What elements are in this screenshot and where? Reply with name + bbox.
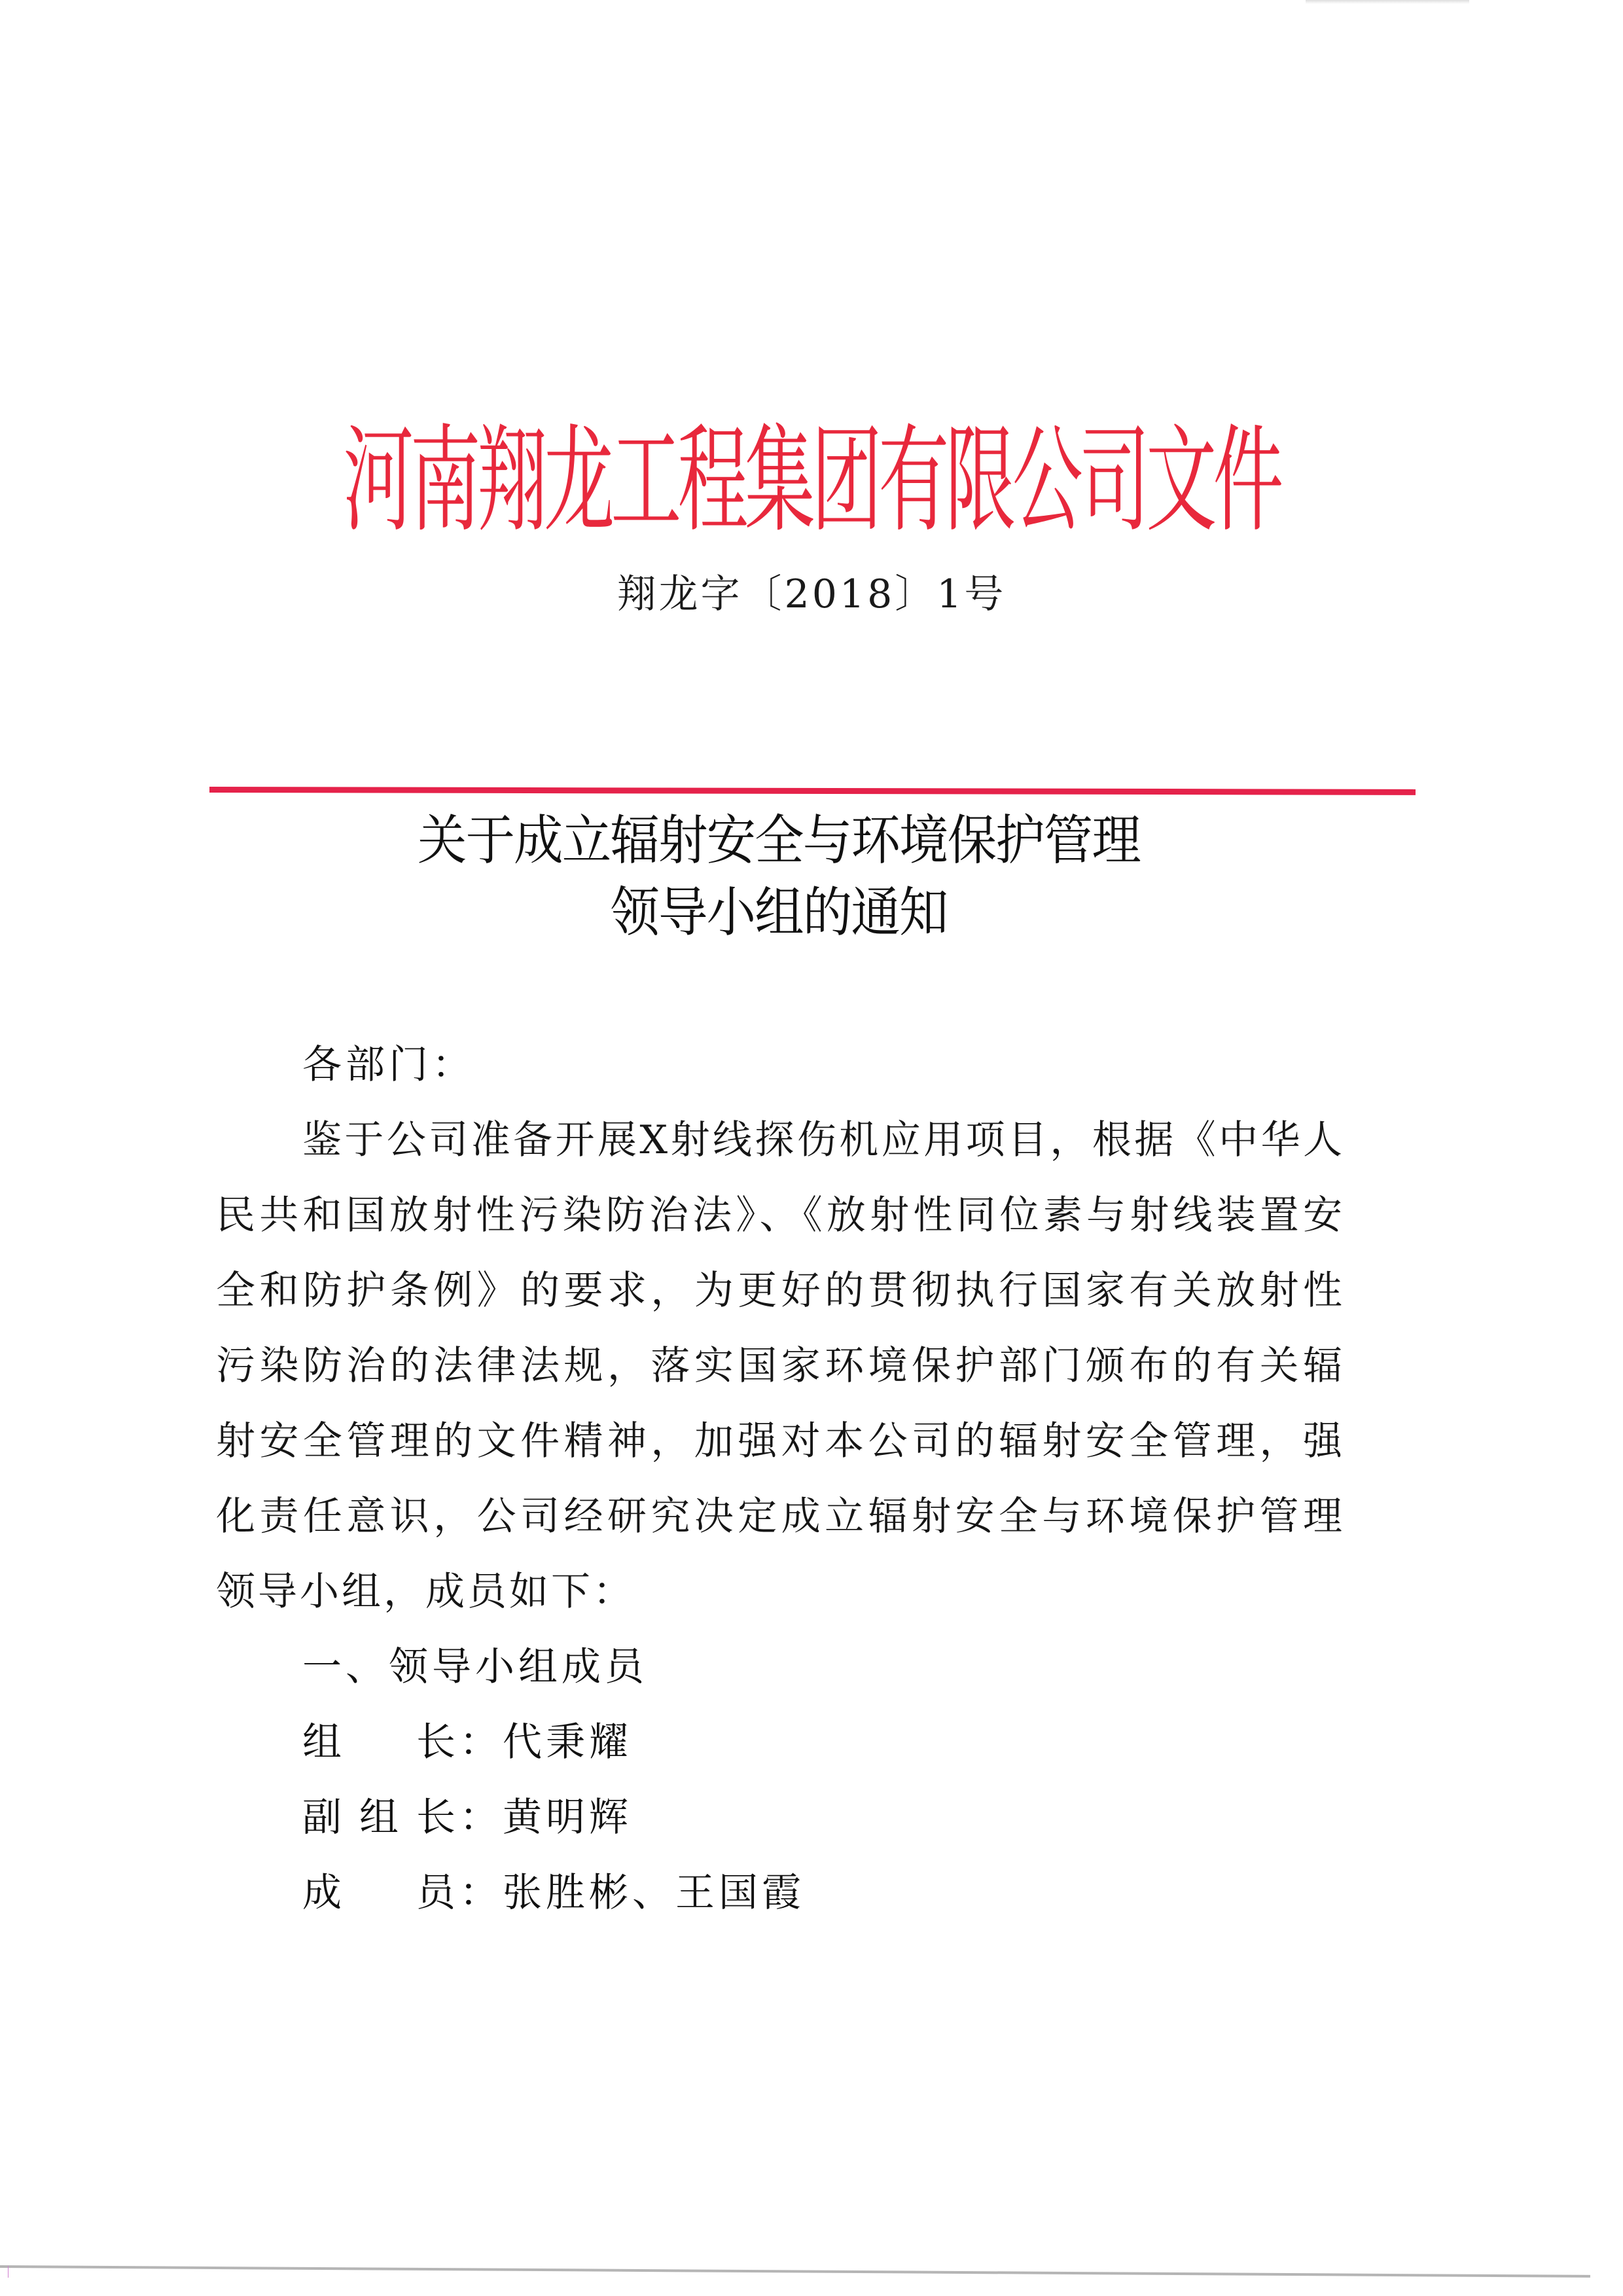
member-names: 黄明辉 bbox=[503, 1795, 632, 1840]
scan-edge-mark bbox=[8, 2266, 9, 2278]
notice-title-line-2: 领导小组的通知 bbox=[62, 880, 1495, 946]
scan-edge-line bbox=[0, 2265, 1590, 2278]
member-separator: ： bbox=[459, 1719, 503, 1765]
body-paragraph: 鉴于公司准备开展X射线探伤机应用项目，根据《中华人民共和国放射性污染防治法》、《… bbox=[216, 1103, 1345, 1630]
member-role: 组长 bbox=[302, 1705, 459, 1780]
member-row-deputy: 副组长：黄明辉 bbox=[302, 1780, 632, 1856]
member-row-members: 成员：张胜彬、王国霞 bbox=[302, 1856, 805, 1931]
document-number: 翔龙字〔2018〕1号 bbox=[0, 568, 1623, 620]
member-names: 代秉耀 bbox=[503, 1719, 632, 1765]
salutation: 各部门： bbox=[302, 1028, 475, 1103]
notice-title-line-1: 关于成立辐射安全与环境保护管理 bbox=[62, 808, 1495, 874]
member-names: 张胜彬、王国霞 bbox=[503, 1870, 805, 1916]
member-role: 副组长 bbox=[302, 1780, 459, 1856]
section-heading: 一、领导小组成员 bbox=[302, 1630, 648, 1705]
member-separator: ： bbox=[459, 1870, 503, 1916]
scan-artifact-top bbox=[1306, 0, 1469, 4]
member-role: 成员 bbox=[302, 1856, 459, 1931]
org-header-title: 河南翔龙工程集团有限公司文件 bbox=[227, 408, 1396, 554]
red-header-rule bbox=[209, 787, 1416, 795]
member-row-leader: 组长：代秉耀 bbox=[302, 1705, 632, 1780]
member-separator: ： bbox=[459, 1795, 503, 1840]
